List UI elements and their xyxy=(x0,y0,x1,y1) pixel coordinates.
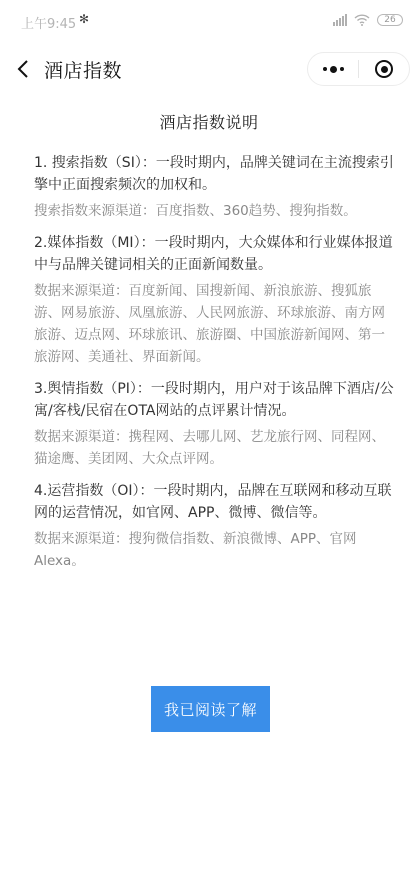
section-search-index: 1. 搜索指数（SI）：一段时期内，品牌关键词在主流搜索引擎中正面搜索频次的加权… xyxy=(34,152,394,222)
status-indicators: 26 xyxy=(333,14,403,26)
section-media-index: 2.媒体指数（MI）：一段时期内，大众媒体和行业媒体报道中与品牌关键词相关的正面… xyxy=(34,232,394,368)
status-time: 上午9:45 xyxy=(21,13,76,32)
content-heading: 酒店指数说明 xyxy=(24,110,394,136)
section-source: 数据来源渠道：搜狗微信指数、新浪微博、APP、官网Alexa。 xyxy=(34,528,394,572)
more-button[interactable] xyxy=(308,53,358,85)
bluetooth-icon: ✻ xyxy=(79,12,89,26)
confirm-read-button[interactable]: 我已阅读了解 xyxy=(151,686,270,732)
signal-icon xyxy=(333,14,347,26)
back-chevron-icon[interactable] xyxy=(14,59,34,79)
section-operation-index: 4.运营指数（OI）：一段时期内，品牌在互联网和移动互联网的运营情况，如官网、A… xyxy=(34,480,394,572)
mini-program-capsule xyxy=(307,52,410,86)
target-circle-icon xyxy=(375,60,393,78)
section-title: 2.媒体指数（MI）：一段时期内，大众媒体和行业媒体报道中与品牌关键词相关的正面… xyxy=(34,232,394,276)
status-bar: 上午9:45 ✻ 26 xyxy=(0,0,420,40)
section-source: 数据来源渠道：百度新闻、国搜新闻、新浪旅游、搜狐旅游、网易旅游、凤凰旅游、人民网… xyxy=(34,280,394,368)
section-title: 1. 搜索指数（SI）：一段时期内，品牌关键词在主流搜索引擎中正面搜索频次的加权… xyxy=(34,152,394,196)
section-title: 4.运营指数（OI）：一段时期内，品牌在互联网和移动互联网的运营情况，如官网、A… xyxy=(34,480,394,524)
section-source: 数据来源渠道：携程网、去哪儿网、艺龙旅行网、同程网、猫途鹰、美团网、大众点评网。 xyxy=(34,426,394,470)
index-explanation: 酒店指数说明 1. 搜索指数（SI）：一段时期内，品牌关键词在主流搜索引擎中正面… xyxy=(34,110,394,582)
page-title: 酒店指数 xyxy=(44,56,122,83)
section-sentiment-index: 3.舆情指数（PI）：一段时期内，用户对于该品牌下酒店/公寓/客栈/民宿在OTA… xyxy=(34,378,394,470)
section-source: 搜索指数来源渠道：百度指数、360趋势、搜狗指数。 xyxy=(34,200,394,222)
wifi-icon xyxy=(354,14,370,26)
nav-bar: 酒店指数 xyxy=(0,44,420,94)
battery-icon: 26 xyxy=(377,14,403,26)
section-title: 3.舆情指数（PI）：一段时期内，用户对于该品牌下酒店/公寓/客栈/民宿在OTA… xyxy=(34,378,394,422)
more-dots-icon xyxy=(323,67,327,71)
close-miniprogram-button[interactable] xyxy=(359,53,409,85)
